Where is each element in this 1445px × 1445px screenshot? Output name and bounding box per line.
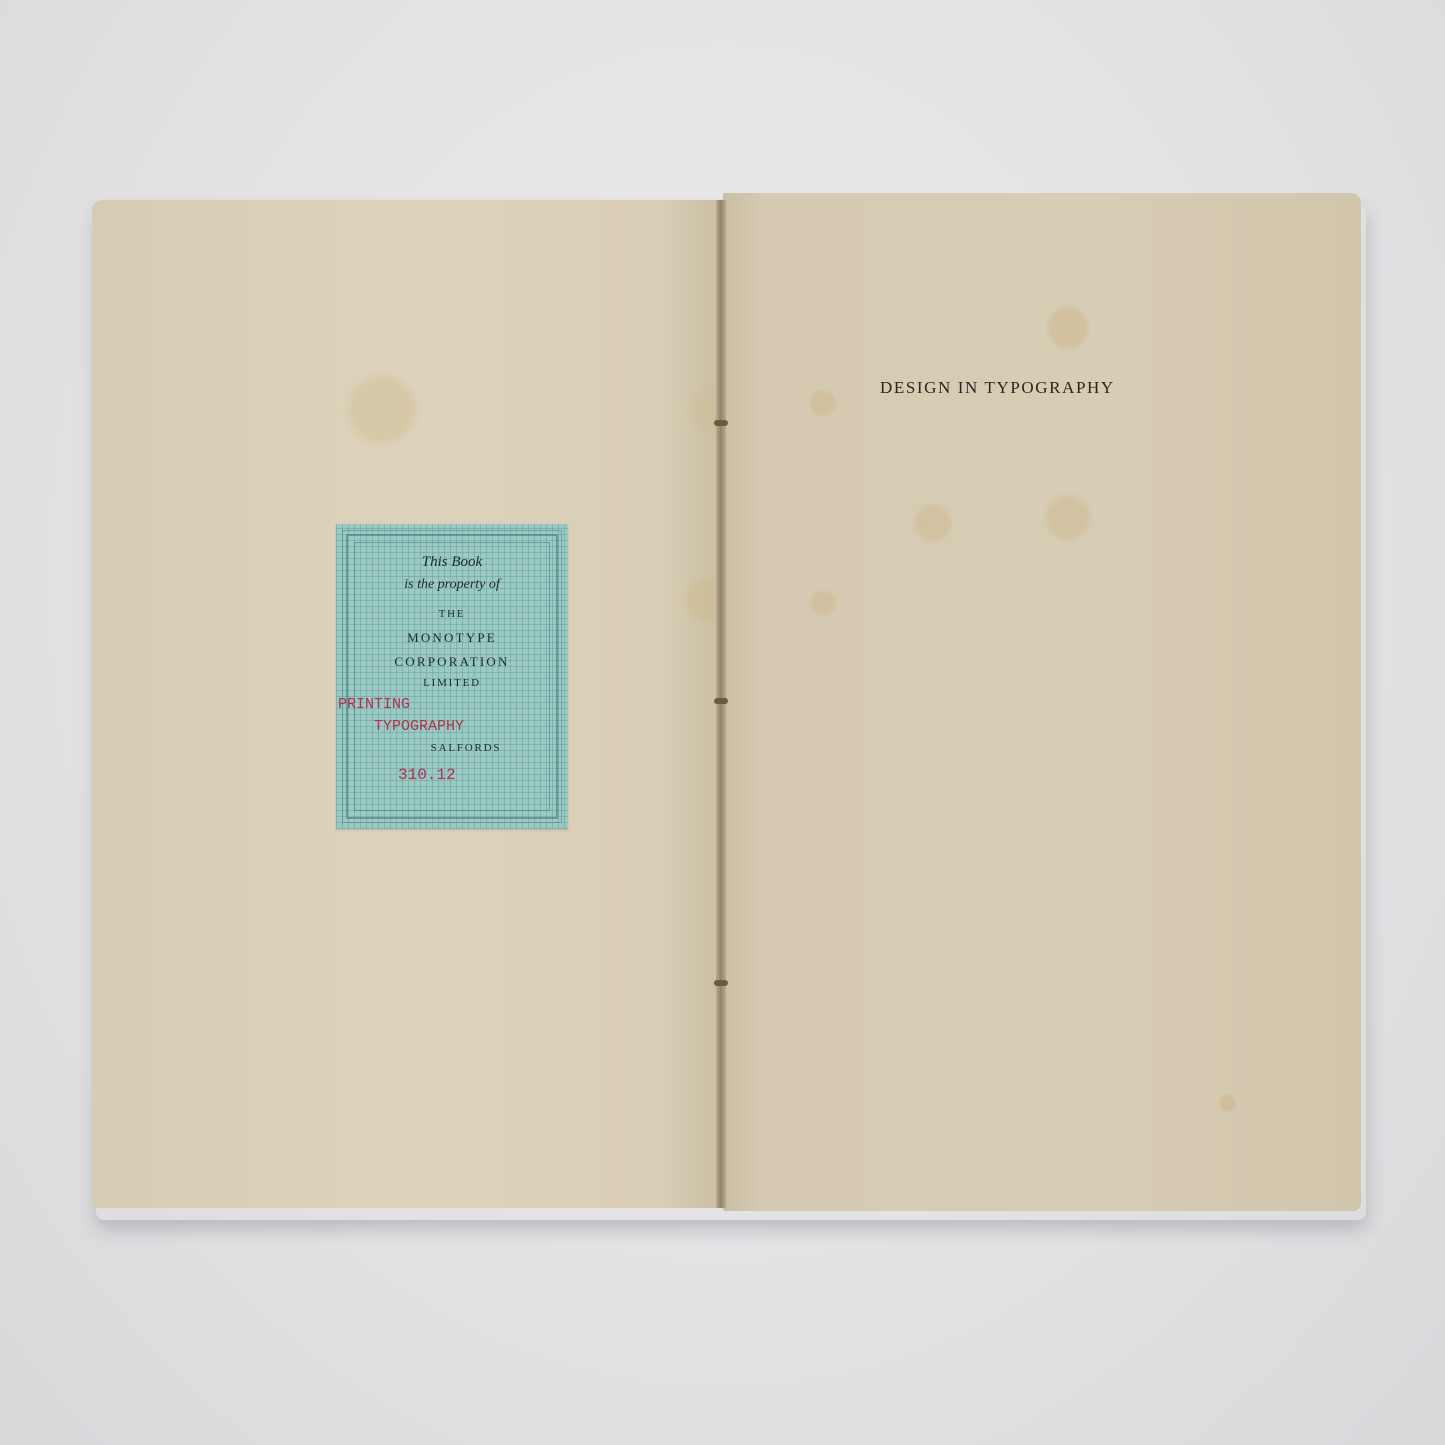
bookplate-label: This Book is the property of THE MONOTYP… (336, 524, 568, 829)
book-spine (716, 200, 726, 1208)
bookplate-line: CORPORATION (336, 654, 568, 670)
bookplate-line: is the property of (336, 577, 568, 593)
binding-stitch (714, 980, 728, 986)
right-page (723, 193, 1361, 1211)
stamp-number: 310.12 (398, 766, 456, 784)
binding-stitch (714, 420, 728, 426)
page-title: DESIGN IN TYPOGRAPHY (880, 378, 1115, 398)
binding-stitch (714, 698, 728, 704)
bookplate-line: MONOTYPE (336, 630, 568, 646)
stamp-printing: PRINTING (338, 696, 410, 713)
stamp-typography: TYPOGRAPHY (374, 718, 464, 735)
bookplate-line: THE (336, 608, 568, 620)
bookplate-line: This Book (336, 554, 568, 571)
bookplate-line: LIMITED (336, 677, 568, 689)
bookplate-line: SALFORDS (336, 742, 582, 754)
